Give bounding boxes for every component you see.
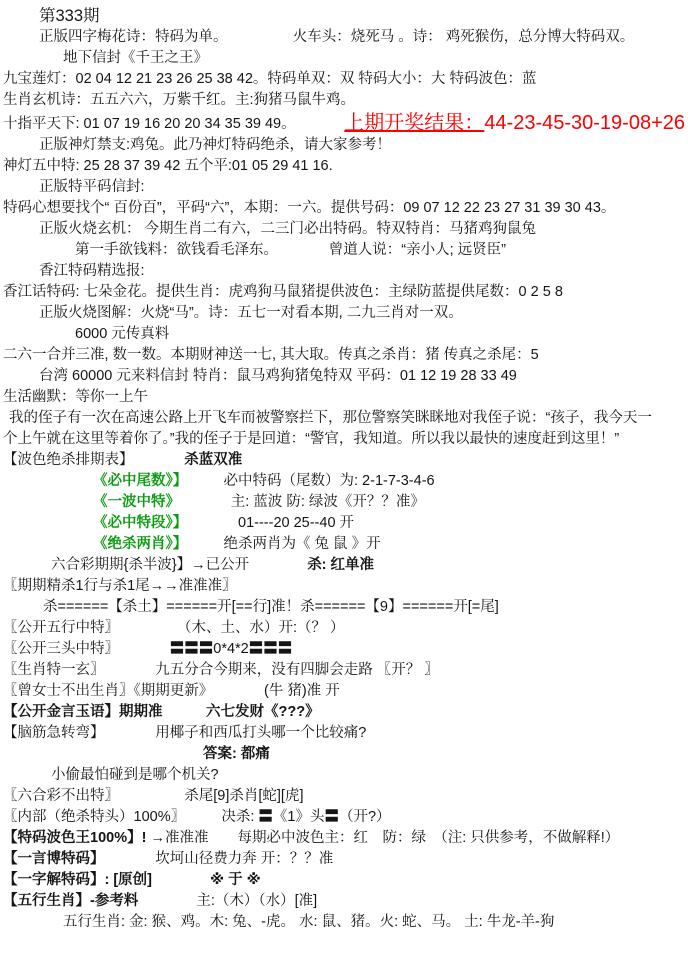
document-body: 第333期正版四字梅花诗：特码为单。 火车头：烧死马 。诗： 鸡死猴伤，总分博大… bbox=[3, 5, 685, 933]
jiubao-numbers: 九宝莲灯：02 04 12 21 23 26 25 38 42。特码单双：双 特… bbox=[3, 69, 685, 90]
yibo-zhongte: 《一波中特》 主: 蓝波 防: 绿波《开？？准》 bbox=[3, 492, 685, 513]
text-segment: 【五行生肖】-参考料 bbox=[3, 893, 138, 909]
text-segment: 必中特码（尾数）为: 2-1-7-3-4-6 bbox=[180, 473, 435, 489]
text-segment: 正版火烧图解：火烧“马”。诗：五七一对看本期, 二九三肖对一双。 bbox=[39, 305, 463, 321]
text-segment: 【一字解特码】: [原创] ※ 于 ※ bbox=[3, 872, 261, 888]
meihua-poem: 正版四字梅花诗：特码为单。 火车头：烧死马 。诗： 鸡死猴伤，总分博大特码双。 bbox=[3, 27, 685, 48]
yizi-jiete: 【一字解特码】: [原创] ※ 于 ※ bbox=[3, 870, 685, 891]
text-segment: 正版火烧玄机： 今期生肖二有六，二三门必出特码。特双特肖：马猪鸡狗鼠兔 bbox=[39, 221, 536, 237]
tepingma-envelope: 正版特平码信封: bbox=[3, 177, 685, 198]
text-segment: 《必中特段》】 bbox=[93, 515, 180, 531]
juesha-liangxiao: 《绝杀两肖》】 绝杀两肖为《 兔 鼠 》开 bbox=[3, 534, 685, 555]
text-segment: 杀蓝双准 bbox=[184, 452, 242, 468]
bizhong-teduan: 《必中特段》】 01----20 25--40 开 bbox=[3, 513, 685, 534]
huoshao-tujie: 正版火烧图解：火烧“马”。诗：五七一对看本期, 二九三肖对一双。 bbox=[3, 303, 685, 324]
text-segment: 杀======【杀土】======开[==行]准！杀======【9】=====… bbox=[43, 599, 499, 615]
yuqian-line: 第一手欲钱料：欲钱看毛泽东。 曾道人说：“亲小人; 远贤臣” bbox=[3, 240, 685, 261]
humor-story-1: 我的侄子有一次在高速公路上开飞车而被警察拦下，那位警察笑眯眯地对我侄子说：“孩子… bbox=[3, 408, 685, 429]
text-segment: 第一手欲钱料：欲钱看毛泽东。 曾道人说：“亲小人; 远贤臣” bbox=[75, 242, 506, 258]
text-segment: 主: 蓝波 防: 绿波《开？？准》 bbox=[173, 494, 425, 510]
bosewang-line: 【特码波色王100%】! →准准准 每期必中波色主：红 防：绿 （注: 只供参考… bbox=[3, 828, 685, 849]
text-segment: 【一言博特码】 bbox=[3, 851, 97, 867]
sha-line: 杀======【杀土】======开[==行]准！杀======【9】=====… bbox=[3, 597, 685, 618]
taiwan-envelope: 台湾 60000 元来料信封 特肖：鼠马鸡狗猪兔特双 平码：01 12 19 2… bbox=[3, 366, 685, 387]
text-segment: 〓〓〓 bbox=[249, 641, 293, 657]
text-segment: 《必中尾数》】 bbox=[93, 473, 180, 489]
neibu-jueshate: 〖内部（绝杀特头）100%〗 决杀: 〓《1》头〓（开?） bbox=[3, 807, 685, 828]
jinyan-yuyu: 【公开金言玉语】期期准 六七发财《???》 bbox=[3, 702, 685, 723]
shengxiao-poem: 生肖玄机诗：五五六六，万紫千红。主:狗猪马鼠牛鸡。 bbox=[3, 90, 685, 111]
sha-banbo: 六合彩期期{杀半波}】→已公开 杀: 红单准 bbox=[3, 555, 685, 576]
text-segment: 〖六合彩不出特〗 杀尾[9]杀肖[蛇][虎] bbox=[3, 788, 303, 804]
text-segment: 【特码波色王100%】! bbox=[3, 830, 150, 846]
naojin-riddle: 【脑筋急转弯】 用椰子和西瓜打头哪一个比较痛? bbox=[3, 723, 685, 744]
wuxing-zhongte: 〖公开五行中特〗 （木、土、水）开:（？ ） bbox=[3, 618, 685, 639]
text-segment: 台湾 60000 元来料信封 特肖：鼠马鸡狗猪兔特双 平码：01 12 19 2… bbox=[39, 368, 517, 384]
fax-6000: 6000 元传真料 bbox=[3, 324, 685, 345]
buchute-line: 〖六合彩不出特〗 杀尾[9]杀肖[蛇][虎] bbox=[3, 786, 685, 807]
text-segment: 第333期 bbox=[39, 7, 100, 25]
bizhong-weishu: 《必中尾数》】 必中特码（尾数）为: 2-1-7-3-4-6 bbox=[3, 471, 685, 492]
text-segment: 地下信封《千王之王》 bbox=[63, 50, 208, 66]
yiyan-bote: 【一言博特码】 坎坷山径费力奔 开：？？准 bbox=[3, 849, 685, 870]
text-segment: 香江特码精选报: bbox=[39, 263, 145, 279]
last-result-numbers: 44-23-45-30-19-08+26 bbox=[484, 111, 685, 135]
text-segment: 〖期期精杀1行与杀1尾→→准准准〗 bbox=[3, 578, 237, 594]
text-segment: 【公开金言玉语】期期准 六七发财《???》 bbox=[3, 704, 320, 720]
text-segment: 杀: 红单准 bbox=[307, 557, 374, 573]
riddle-2: 小偷最怕碰到是哪个机关? bbox=[3, 765, 685, 786]
last-result-label: 上期开奖结果： bbox=[344, 111, 484, 135]
shendeng-ban: 正版神灯禁支:鸡兔。此乃神灯特码绝杀，请大家参考！ bbox=[3, 135, 685, 156]
text-segment: 【脑筋急转弯】 用椰子和西瓜打头哪一个比较痛? bbox=[3, 725, 366, 741]
huoshao-xuanji: 正版火烧玄机： 今期生肖二有六，二三门必出特码。特双特肖：马猪鸡狗鼠兔 bbox=[3, 219, 685, 240]
wuxing-detail: 五行生肖: 金: 猴、鸡。木: 兔、-虎。 水: 鼠、猪。火: 蛇、马。 土: … bbox=[3, 912, 685, 933]
jingsha-header: 〖期期精杀1行与杀1尾→→准准准〗 bbox=[3, 576, 685, 597]
text-segment: 01----20 25--40 开 bbox=[180, 515, 354, 531]
lottery-info-sheet: 第333期正版四字梅花诗：特码为单。 火车头：烧死马 。诗： 鸡死猴伤，总分博大… bbox=[0, 0, 688, 956]
text-segment: 小偷最怕碰到是哪个机关? bbox=[51, 767, 219, 783]
text-segment: 香江话特码: 七朵金花。提供生肖：虎鸡狗马鼠猪提供波色：主绿防蓝提供尾数：0 2… bbox=[3, 284, 563, 300]
text-segment: 〓〓〓 bbox=[170, 641, 214, 657]
shendeng-five: 神灯五中特: 25 28 37 39 42 五个平:01 05 29 41 16… bbox=[3, 156, 685, 177]
text-segment: 《1》头 bbox=[273, 809, 325, 825]
text-segment: 二六一合并三准, 数一数。本期财神送一七, 其大取。传真之杀肖：猪 传真之杀尾：… bbox=[3, 347, 539, 363]
text-segment: 〖生肖特一玄〗 九五分合今期来，没有四脚会走路 〖开？ 〗 bbox=[3, 662, 439, 678]
text-segment: 十指平天下: 01 07 19 16 20 20 34 35 39 49。 bbox=[3, 114, 296, 135]
text-segment: （开?） bbox=[339, 809, 391, 825]
text-segment: 《一波中特》 bbox=[93, 494, 173, 510]
text-segment: 〓 bbox=[324, 809, 339, 825]
text-segment: 【波色绝杀排期表】 bbox=[3, 452, 184, 468]
text-segment: 〖内部（绝杀特头）100%〗 决杀: bbox=[3, 809, 258, 825]
text-segment: 九宝莲灯：02 04 12 21 23 26 25 38 42。特码单双：双 特… bbox=[3, 71, 536, 87]
santou-zhongte: 〖公开三头中特〗 〓〓〓0*4*2〓〓〓 bbox=[3, 639, 685, 660]
bose-juesha-header: 【波色绝杀排期表】 杀蓝双准 bbox=[3, 450, 685, 471]
xiangjiang-header: 香江特码精选报: bbox=[3, 261, 685, 282]
dixia-envelope: 地下信封《千王之王》 bbox=[3, 48, 685, 69]
shizhi-and-last-result: 十指平天下: 01 07 19 16 20 20 34 35 39 49。上期开… bbox=[3, 111, 685, 135]
text-segment: 《绝杀两肖》】 bbox=[93, 536, 180, 552]
wuxing-label: 【五行生肖】-参考料 主:（木）（水）[准] bbox=[3, 891, 685, 912]
text-segment: 六合彩期期{杀半波}】→已公开 bbox=[51, 557, 307, 573]
text-segment: 我的侄子有一次在高速公路上开飞车而被警察拦下，那位警察笑眯眯地对我侄子说：“孩子… bbox=[9, 410, 652, 426]
caishen-line: 二六一合并三准, 数一数。本期财神送一七, 其大取。传真之杀肖：猪 传真之杀尾：… bbox=[3, 345, 685, 366]
humor-story-2: 个上午就在这里等着你了。”我的侄子于是回道：“警官，我知道。所以我以最快的速度赶… bbox=[3, 429, 685, 450]
text-segment: 正版神灯禁支:鸡兔。此乃神灯特码绝杀，请大家参考！ bbox=[39, 137, 391, 153]
humor-title: 生活幽默：等你一上午 bbox=[3, 387, 685, 408]
text-segment: 个上午就在这里等着你了。”我的侄子于是回道：“警官，我知道。所以我以最快的速度赶… bbox=[3, 431, 619, 447]
text-segment: 正版特平码信封: bbox=[39, 179, 145, 195]
xiangjiang-tema: 香江话特码: 七朵金花。提供生肖：虎鸡狗马鼠猪提供波色：主绿防蓝提供尾数：0 2… bbox=[3, 282, 685, 303]
shengxiao-teyixuan: 〖生肖特一玄〗 九五分合今期来，没有四脚会走路 〖开？ 〗 bbox=[3, 660, 685, 681]
issue-number: 第333期 bbox=[3, 5, 685, 27]
text-segment: 0*4*2 bbox=[213, 641, 248, 657]
text-segment: 正版四字梅花诗：特码为单。 火车头：烧死马 。诗： 鸡死猴伤，总分博大特码双。 bbox=[39, 29, 634, 45]
text-segment: 〖曾女士不出生肖〗《期期更新》 (牛 猪)准 开 bbox=[3, 683, 340, 699]
text-segment: 生活幽默：等你一上午 bbox=[3, 389, 148, 405]
text-segment: 主:（木）（水）[准] bbox=[138, 893, 317, 909]
text-segment: 特码心想要找个“ 百份百”，平码“六”，本期：一六。提供号码：09 07 12 … bbox=[3, 200, 615, 216]
text-segment: 坎坷山径费力奔 开：？？准 bbox=[97, 851, 333, 867]
text-segment: →准准准 每期必中波色主：红 防：绿 （注: 只供参考，不做解释!） bbox=[150, 830, 619, 846]
text-segment: 答案: 都痛 bbox=[203, 746, 270, 762]
texin-line: 特码心想要找个“ 百份百”，平码“六”，本期：一六。提供号码：09 07 12 … bbox=[3, 198, 685, 219]
text-segment: 五行生肖: 金: 猴、鸡。木: 兔、-虎。 水: 鼠、猪。火: 蛇、马。 土: … bbox=[63, 914, 554, 930]
text-segment: 6000 元传真料 bbox=[75, 326, 169, 342]
text-segment: 〓 bbox=[258, 809, 273, 825]
text-segment: 生肖玄机诗：五五六六，万紫千红。主:狗猪马鼠牛鸡。 bbox=[3, 92, 355, 108]
riddle-answer: 答案: 都痛 bbox=[3, 744, 685, 765]
text-segment: 〖公开三头中特〗 bbox=[3, 641, 170, 657]
text-segment: 神灯五中特: 25 28 37 39 42 五个平:01 05 29 41 16… bbox=[3, 158, 333, 174]
text-segment: 绝杀两肖为《 兔 鼠 》开 bbox=[180, 536, 381, 552]
text-segment: 〖公开五行中特〗 （木、土、水）开:（？ ） bbox=[3, 620, 345, 636]
zengnvshi-line: 〖曾女士不出生肖〗《期期更新》 (牛 猪)准 开 bbox=[3, 681, 685, 702]
